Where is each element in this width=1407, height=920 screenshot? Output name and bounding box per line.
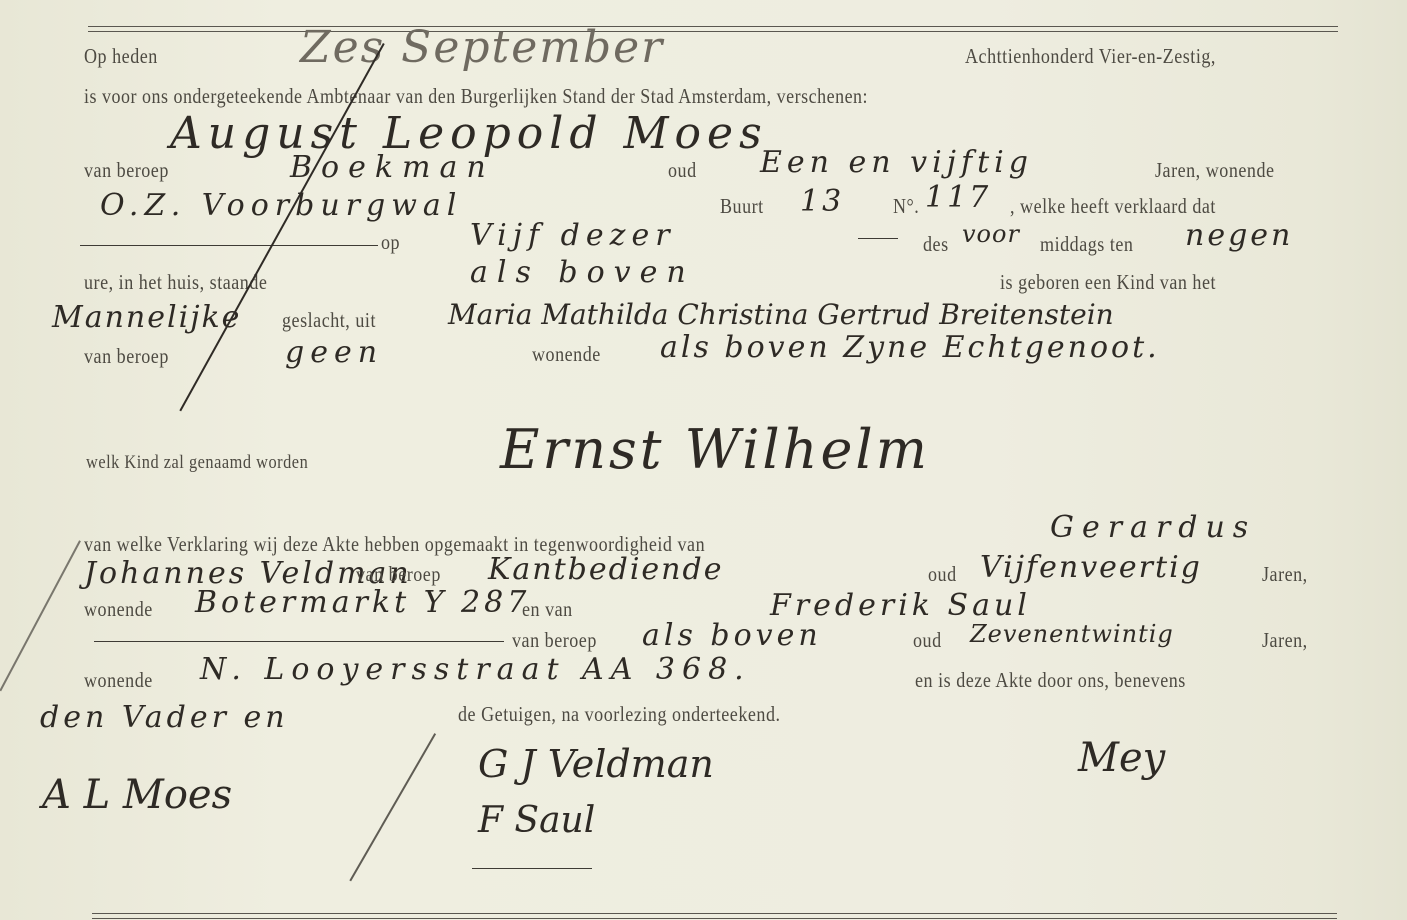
printed-en-van: en van [522,597,573,622]
certificate-page: Op heden Zes September Achttienhonderd V… [0,0,1407,920]
signature-witness2: F Saul [478,800,595,841]
top-rule [88,26,1338,27]
hand-mother-address: als boven Zyne Echtgenoot. [660,330,1160,365]
hand-witness1-address: Botermarkt Y 287 [195,585,530,620]
bottom-rule-2 [92,918,1337,919]
hand-witness1-first: Gerardus [1050,510,1256,545]
signature-official: Mey [1078,735,1165,781]
hand-child-name: Ernst Wilhelm [500,418,930,481]
bottom-rule [92,913,1337,914]
hand-buurt: 13 [800,184,844,219]
dash-mark [858,238,898,239]
printed-op: op [381,230,400,255]
printed-wonende-2: wonende [532,342,601,367]
hand-date: Zes September [300,22,664,73]
signature-witness1: G J Veldman [478,742,714,786]
printed-wonende-3: wonende [84,597,153,622]
printed-intro: is voor ons ondergeteekende Ambtenaar va… [84,84,868,109]
pen-stroke [349,733,435,881]
hand-hour: negen [1185,218,1293,253]
top-rule-2 [88,31,1338,32]
printed-geboren: is geboren een Kind van het [1000,270,1216,295]
printed-oud-3: oud [913,628,942,653]
printed-oud-2: oud [928,562,957,587]
printed-getuigen: de Getuigen, na voorlezing onderteekend. [458,702,781,727]
hand-father-age: Een en vijftig [760,145,1033,180]
hand-birth-place: als boven [470,255,695,290]
printed-op-heden: Op heden [84,44,158,69]
hand-witness1-age: Vijfenveertig [980,550,1202,585]
printed-ure-huis: ure, in het huis, staande [84,270,267,295]
hand-witness2-address: N. Looyersstraat AA 368. [200,652,751,687]
pen-stroke [0,540,80,691]
hand-witness2-occupation: als boven [642,618,822,653]
printed-van-beroep-4: van beroep [512,628,597,653]
hand-mother-occupation: geen [285,335,383,370]
hand-voor: voor [962,220,1020,248]
hand-house-number: 117 [925,180,991,215]
printed-jaren-2: Jaren, [1262,562,1308,587]
printed-geslacht: geslacht, uit [282,308,376,333]
printed-van-beroep: van beroep [84,158,169,183]
printed-van-beroep-3: van beroep [356,562,441,587]
printed-oud: oud [668,158,697,183]
printed-verklaard: , welke heeft verklaard dat [1010,194,1216,219]
signature-father: A L Moes [42,772,232,818]
hand-father-address: O.Z. Voorburgwal [100,188,462,223]
blank-line-witness2 [94,641,504,642]
printed-jaren-wonende: Jaren, wonende [1155,158,1275,183]
blank-line-op [80,245,378,246]
printed-year: Achttienhonderd Vier-en-Zestig, [965,44,1216,69]
printed-buurt: Buurt [720,194,764,219]
printed-van-beroep-2: van beroep [84,344,169,369]
printed-wonende-4: wonende [84,668,153,693]
printed-kind-naam: welk Kind zal genaamd worden [86,452,308,474]
signature-underline [472,868,592,869]
hand-witness2-age: Zevenentwintig [970,620,1174,648]
printed-akte-door-ons: en is deze Akte door ons, benevens [915,668,1186,693]
printed-no: N°. [893,194,919,219]
hand-den-vader: den Vader en [40,700,289,735]
hand-mother-name: Maria Mathilda Christina Gertrud Breiten… [448,298,1114,331]
hand-witness1-occupation: Kantbediende [488,552,723,587]
hand-birth-day: Vijf dezer [470,218,676,253]
printed-middags: middags ten [1040,232,1133,257]
printed-jaren-3: Jaren, [1262,628,1308,653]
printed-des: des [923,232,949,257]
hand-sex: Mannelijke [52,300,241,335]
